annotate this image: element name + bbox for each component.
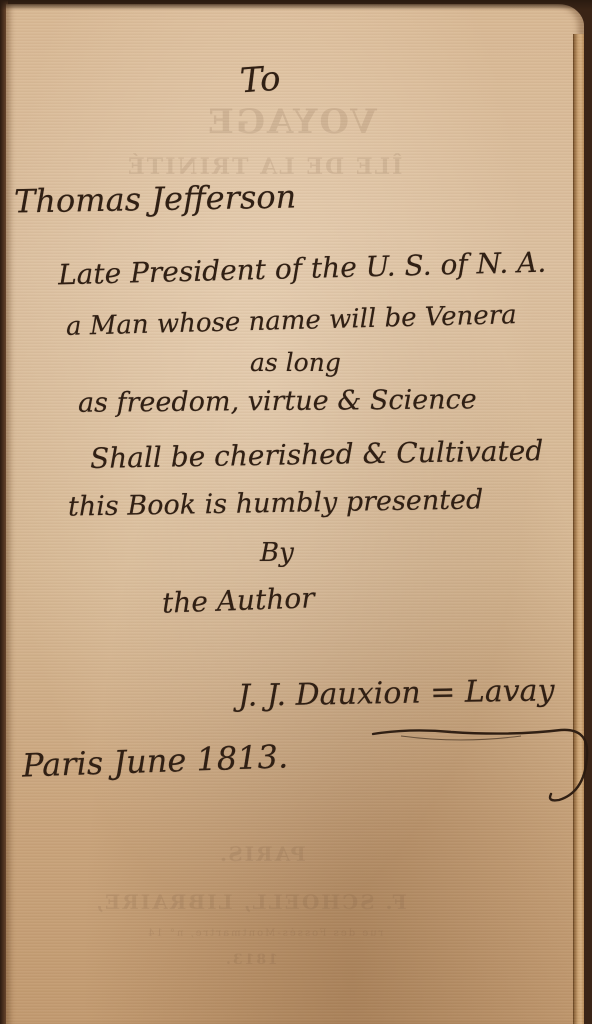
- bleed-imprint-address: rue des Fossés-Montmartre, n° 14: [146, 928, 383, 939]
- inscription-line-1: Late President of the U. S. of N. A.: [58, 246, 547, 292]
- book-page: VOYAGE ÎLE DE LA TRINITÉ PARIS. F. SCHOE…: [6, 4, 584, 1024]
- author-signature: J. J. Dauxion = Lavay: [238, 673, 555, 714]
- inscription-line-7: By: [260, 538, 294, 568]
- bleed-imprint-city: PARIS.: [218, 842, 306, 866]
- bleed-imprint-publisher: F. SCHOELL, LIBRAIRE,: [94, 890, 407, 914]
- bleed-subtitle: ÎLE DE LA TRINITÉ: [126, 154, 402, 180]
- signature-flourish: [371, 726, 592, 816]
- bleed-imprint-year: 1813.: [224, 952, 278, 968]
- inscription-line-4: as freedom, virtue & Science: [78, 384, 477, 418]
- inscription-line-5: Shall be cherished & Cultivated: [90, 434, 544, 475]
- inscription-line-8: the Author: [161, 581, 315, 619]
- place-and-date: Paris June 1813.: [21, 737, 288, 784]
- page-edge: [573, 34, 584, 1024]
- bleed-title: VOYAGE: [206, 102, 377, 142]
- book-photo: VOYAGE ÎLE DE LA TRINITÉ PARIS. F. SCHOE…: [0, 0, 592, 1024]
- recipient-name: Thomas Jefferson: [14, 178, 297, 221]
- salutation: To: [239, 59, 282, 102]
- inscription-line-6: this Book is humbly presented: [68, 484, 484, 522]
- top-shadow: [0, 0, 592, 10]
- inscription-line-3: as long: [250, 348, 341, 377]
- inscription-line-2: a Man whose name will be Venera: [66, 300, 517, 342]
